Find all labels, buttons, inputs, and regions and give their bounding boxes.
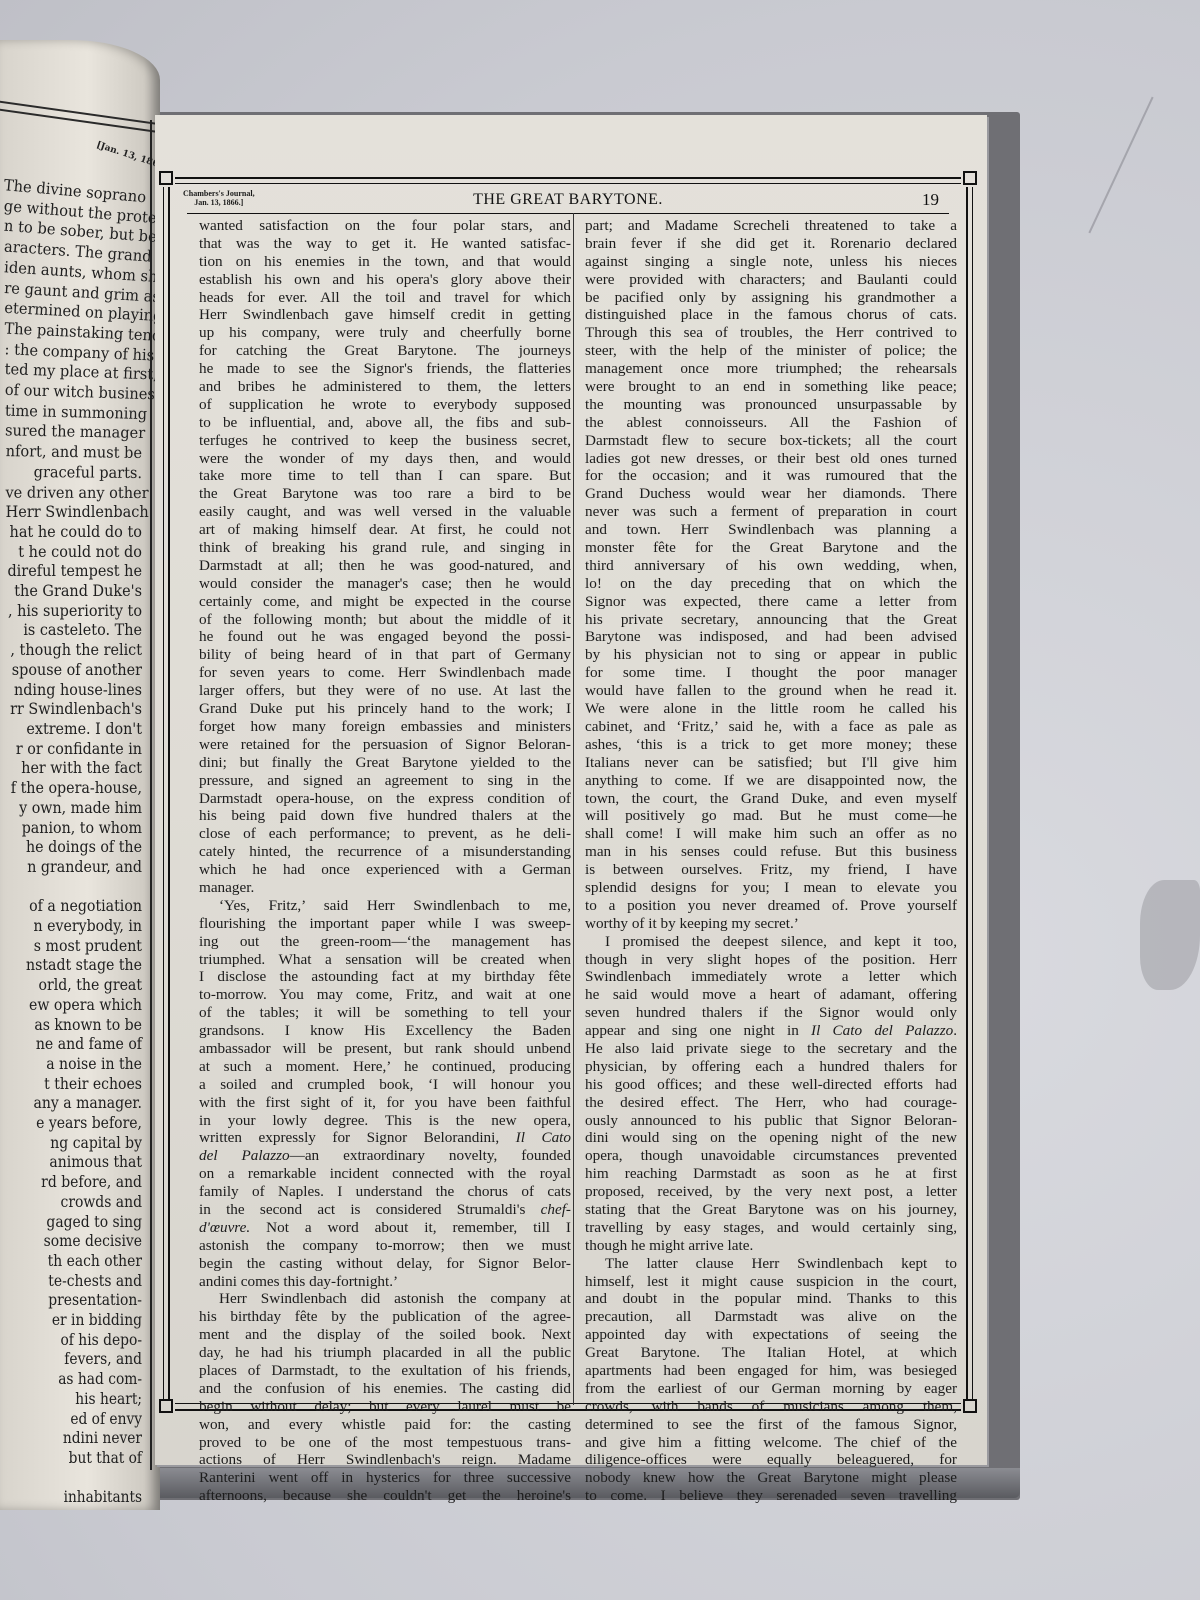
text-line: The latter clause Herr Swindlenbach kept… xyxy=(585,1255,957,1273)
page-number: 19 xyxy=(922,190,939,210)
text-line: the ablest connoisseurs. All the Fashion… xyxy=(585,414,957,432)
left-page-line: the Grand xyxy=(13,1508,142,1510)
left-page-line: s most prudent xyxy=(9,937,142,957)
text-line: wanted satisfaction on the four polar st… xyxy=(199,217,571,235)
text-line: Herr Swindlenbach did astonish the compa… xyxy=(199,1290,571,1308)
text-line: be pacified only by assigning his grandm… xyxy=(585,289,957,307)
left-page-line: n everybody, in xyxy=(9,917,142,937)
text-line: to-morrow. You may come, Fritz, and wait… xyxy=(199,986,571,1004)
left-page-line: sured the manager xyxy=(5,422,142,444)
text-line: him reaching Darmstadt as soon as he at … xyxy=(585,1165,957,1183)
text-line: certainly come, and might be expected in… xyxy=(199,593,571,611)
text-line: were provided with characters; and Baula… xyxy=(585,271,957,289)
ornamental-border: Chambers's Journal, Jan. 13, 1866.] THE … xyxy=(163,177,973,1413)
text-line: and doubt in the popular mind. Thanks to… xyxy=(585,1290,957,1308)
text-line: in the second act is considered Strumald… xyxy=(199,1201,571,1219)
left-page-line: te-chests and xyxy=(11,1272,142,1292)
text-line: would have fallen to the ground when he … xyxy=(585,682,957,700)
left-page-line: rr Swindlenbach's xyxy=(7,700,142,720)
left-page-line: as known to be xyxy=(9,1016,142,1036)
text-line: for seven years to come. Herr Swindlenba… xyxy=(199,664,571,682)
column-divider xyxy=(573,213,574,1405)
text-line: he made to see the Signor's friends, the… xyxy=(199,360,571,378)
text-line: andini comes this day-fortnight.’ xyxy=(199,1273,571,1291)
left-page-line: the Grand Duke's xyxy=(6,582,142,602)
text-line: nobody knew how the Great Barytone might… xyxy=(585,1469,957,1487)
text-line: proposed, received, by the very next pos… xyxy=(585,1183,957,1201)
text-line: take more time to tell than I can spare.… xyxy=(199,467,571,485)
left-page-line: , though the relict xyxy=(7,641,142,661)
text-line: third anniversary of his own wedding, wh… xyxy=(585,557,957,575)
border-right-rule-thick xyxy=(966,187,968,1399)
left-page-line: f the opera-house, xyxy=(8,779,142,799)
text-line: ing out the green-room—‘the management h… xyxy=(199,933,571,951)
left-page-line: of a negotiation xyxy=(9,897,142,917)
text-line: his private secretary, announcing that t… xyxy=(585,611,957,629)
text-line: the Great Barytone was too rare a bird t… xyxy=(199,485,571,503)
left-page-line: t he could not do xyxy=(6,543,142,563)
text-line: family of Naples. I understand the choru… xyxy=(199,1183,571,1201)
text-column-right: part; and Madame Screcheli threatened to… xyxy=(585,217,957,1505)
text-line: We were alone in the little room he call… xyxy=(585,700,957,718)
text-line: manager. xyxy=(199,879,571,897)
text-line: flourishing the important paper while I … xyxy=(199,915,571,933)
text-line: of the following month; but about the mi… xyxy=(199,611,571,629)
text-line: by his physician not to sing or appear i… xyxy=(585,646,957,664)
text-line: written expressly for Signor Belorandini… xyxy=(199,1129,571,1147)
text-line: He also laid private siege to the secret… xyxy=(585,1040,957,1058)
text-line: art of making himself dear. At first, he… xyxy=(199,521,571,539)
left-page-line: rd before, and xyxy=(11,1173,142,1193)
left-page-line: presentation- xyxy=(11,1291,142,1311)
text-line: his good offices; and these well-directe… xyxy=(585,1076,957,1094)
corner-ornament-br xyxy=(963,1399,977,1413)
left-page-line: Herr Swindlenbach xyxy=(6,503,142,523)
left-page-line: a noise in the xyxy=(10,1055,142,1075)
text-line: will positively go mad. But he must come… xyxy=(585,807,957,825)
text-line: ment and the display of the soiled book.… xyxy=(199,1326,571,1344)
background-stain xyxy=(1140,880,1200,990)
text-line: he said would move a heart of adamant, o… xyxy=(585,986,957,1004)
corner-ornament-bl xyxy=(159,1399,173,1413)
text-line: management once more triumphed; the rehe… xyxy=(585,360,957,378)
border-right-rule xyxy=(972,187,973,1399)
text-line: of supplication he wrote to everybody su… xyxy=(199,396,571,414)
left-page-line xyxy=(13,1469,142,1489)
text-line: steer, with the help of the minister of … xyxy=(585,342,957,360)
left-page-line: animous that xyxy=(10,1153,142,1173)
left-page-line: n grandeur, and xyxy=(8,858,142,878)
text-line: on a remarkable incident connected with … xyxy=(199,1165,571,1183)
text-line: proved to be one of the most tempestuous… xyxy=(199,1434,571,1452)
text-line: won, and every whistle paid for: the cas… xyxy=(199,1416,571,1434)
text-line: though he might arrive late. xyxy=(585,1237,957,1255)
left-page-text: The divine sopranoge without the protecn… xyxy=(0,188,156,1510)
text-line: to a position you never dreamed of. Prov… xyxy=(585,897,957,915)
border-left-rule-thick xyxy=(168,187,170,1399)
text-line: cabinet, and ‘Fritz,’ said he, with a fa… xyxy=(585,718,957,736)
left-page-line: nding house-lines xyxy=(7,681,142,701)
text-line: close of each performance; to prevent, a… xyxy=(199,825,571,843)
left-page-line: panion, to whom xyxy=(8,819,142,839)
text-line: ously announced to his public that Signo… xyxy=(585,1112,957,1130)
left-page-line: is casteleto. The xyxy=(7,621,142,641)
text-line: lo! on the day preceding that on which t… xyxy=(585,575,957,593)
left-page-line: graceful parts. xyxy=(5,463,142,484)
left-facing-page: [Jan. 13, 186 The divine sopranoge witho… xyxy=(0,40,160,1510)
text-line: the mounting was pronounced unsurpassabl… xyxy=(585,396,957,414)
text-line: travelling by easy stages, and would cer… xyxy=(585,1219,957,1237)
border-top-rule xyxy=(175,177,961,179)
left-page-line: , his superiority to xyxy=(6,602,142,622)
text-line: anything to come. If we are disappointed… xyxy=(585,772,957,790)
background-scratch xyxy=(1088,97,1153,234)
text-line: cately hinted, the recurrence of a misun… xyxy=(199,843,571,861)
text-column-left: wanted satisfaction on the four polar st… xyxy=(199,217,571,1505)
left-page-line xyxy=(8,878,142,898)
text-line: and bribes he administered to them, the … xyxy=(199,378,571,396)
text-line: think of breaking his grand rule, and si… xyxy=(199,539,571,557)
text-line: part; and Madame Screcheli threatened to… xyxy=(585,217,957,235)
left-page-line: her with the fact xyxy=(8,759,142,779)
text-line: Herr Swindlenbach gave himself credit in… xyxy=(199,306,571,324)
text-line: larger offers, but they were of no use. … xyxy=(199,682,571,700)
text-line: apartments had been engaged for him, was… xyxy=(585,1362,957,1380)
left-page-line: er in bidding xyxy=(12,1311,142,1331)
text-line: Darmstadt opera-house, on the express co… xyxy=(199,790,571,808)
text-line: brain fever if she did get it. Rorenario… xyxy=(585,235,957,253)
text-line: bility of being heard of in that part of… xyxy=(199,646,571,664)
text-line: ambassador will be present, but rank sho… xyxy=(199,1040,571,1058)
text-line: Swindlenbach immediately wrote a letter … xyxy=(585,968,957,986)
left-page-line: ng capital by xyxy=(10,1134,142,1154)
text-line: though in very slight hopes of the posit… xyxy=(585,951,957,969)
text-line: d'œuvre. Not a word about it, remember, … xyxy=(199,1219,571,1237)
corner-ornament-tl xyxy=(159,171,173,185)
text-line: easily caught, and was well versed in th… xyxy=(199,503,571,521)
text-line: up his company, were truly and cheerfull… xyxy=(199,324,571,342)
text-line: that was the way to get it. He wanted sa… xyxy=(199,235,571,253)
text-line: to be influential, and, above all, the f… xyxy=(199,414,571,432)
text-line: Darmstadt at all; then he was good-natur… xyxy=(199,557,571,575)
text-line: his birthday fête by the publication of … xyxy=(199,1308,571,1326)
text-line: with the first sight of it, for you have… xyxy=(199,1094,571,1112)
text-line: I disclose the astounding fact at my bir… xyxy=(199,968,571,986)
left-page-line: e years before, xyxy=(10,1114,142,1134)
left-page-line: nstadt stage the xyxy=(9,956,142,976)
text-line: and town. Herr Swindlenbach was planning… xyxy=(585,521,957,539)
text-line: pressure, and signed an agreement to sin… xyxy=(199,772,571,790)
text-line: at such a moment. Here,’ he continued, p… xyxy=(199,1058,571,1076)
text-line: ladies got new dresses, or their best ol… xyxy=(585,450,957,468)
text-line: were retained for the persuasion of Sign… xyxy=(199,736,571,754)
text-line: Italians never can be satisfied; but I'l… xyxy=(585,754,957,772)
text-line: a soiled and crumpled book, ‘I will hono… xyxy=(199,1076,571,1094)
text-line: grandsons. I know His Excellency the Bad… xyxy=(199,1022,571,1040)
text-line: Grand Duke put his princely hand to the … xyxy=(199,700,571,718)
text-line: against singing a single note, unless hi… xyxy=(585,253,957,271)
text-line: actions of Herr Swindlenbach's reign. Ma… xyxy=(199,1451,571,1469)
text-line: he found out he was engaged beyond the p… xyxy=(199,628,571,646)
left-page-line: his heart; xyxy=(12,1390,142,1410)
text-line: in your lowly degree. This is the new op… xyxy=(199,1112,571,1130)
corner-ornament-tr xyxy=(963,171,977,185)
text-line: for some time. I thought the poor manage… xyxy=(585,664,957,682)
left-page-line: ve driven any other xyxy=(5,483,142,503)
gutter-rule xyxy=(150,120,152,1470)
text-line: Grand Duchess would wear her diamonds. T… xyxy=(585,485,957,503)
text-line: opera, though unavoidable circumstances … xyxy=(585,1147,957,1165)
text-line: which he had once experienced with a Ger… xyxy=(199,861,571,879)
text-line: astonish the company to-morrow; then we … xyxy=(199,1237,571,1255)
text-line: Barytone was indisposed, and had been ad… xyxy=(585,628,957,646)
text-line: appointed day with expectations of seein… xyxy=(585,1326,957,1344)
left-page-line: ndini never xyxy=(12,1429,142,1449)
left-page-line: he doings of the xyxy=(8,838,142,858)
left-page-line: some decisive xyxy=(11,1232,142,1252)
text-line: ‘Yes, Fritz,’ said Herr Swindlenbach to … xyxy=(199,897,571,915)
text-line: day, he had his triumph placarded in all… xyxy=(199,1344,571,1362)
border-top-rule-thin xyxy=(175,183,961,184)
text-line: shall come! I will make him such an offe… xyxy=(585,825,957,843)
left-page-line: fevers, and xyxy=(12,1350,142,1370)
text-line: splendid designs for you; I mean to elev… xyxy=(585,879,957,897)
text-line: Darmstadt flew to secure box-tickets; al… xyxy=(585,432,957,450)
left-page-line: ed of envy xyxy=(12,1410,142,1430)
left-page-line: but that of xyxy=(13,1449,142,1469)
left-page-line: direful tempest he xyxy=(6,562,142,582)
text-line: for catching the Great Barytone. The jou… xyxy=(199,342,571,360)
text-line: places of Darmstadt, to the exultation o… xyxy=(199,1362,571,1380)
text-line: ashes, ‘this is a trick to get more mone… xyxy=(585,736,957,754)
left-page-line: inhabitants xyxy=(13,1488,142,1508)
text-line: dini would sing on the opening night of … xyxy=(585,1129,957,1147)
text-line: the desired effect. The Herr, who had co… xyxy=(585,1094,957,1112)
left-page-line: of his depo- xyxy=(12,1331,142,1351)
left-page-line: crowds and xyxy=(11,1193,142,1213)
text-line: of the tables; it will be something to t… xyxy=(199,1004,571,1022)
left-page-line: th each other xyxy=(11,1252,142,1272)
text-line: dini; but finally the Great Barytone yie… xyxy=(199,754,571,772)
text-line: and the confusion of his enemies. The ca… xyxy=(199,1380,571,1398)
text-line: terfuges he contrived to keep the busine… xyxy=(199,432,571,450)
text-line: Ranterini went off in hysterics for thre… xyxy=(199,1469,571,1487)
text-line: diligence-offices were equally beleaguer… xyxy=(585,1451,957,1469)
left-page-line: spouse of another xyxy=(7,661,142,681)
text-line: town, the court, the Grand Duke, and eve… xyxy=(585,790,957,808)
journal-page: Chambers's Journal, Jan. 13, 1866.] THE … xyxy=(155,115,987,1465)
text-line: monster fête for the Great Barytone and … xyxy=(585,539,957,557)
text-line: I promised the deepest silence, and kept… xyxy=(585,933,957,951)
text-line: would consider the manager's case; then … xyxy=(199,575,571,593)
text-line: heads for ever. All the toil and travel … xyxy=(199,289,571,307)
text-line: his being paid down five hundred thalers… xyxy=(199,807,571,825)
text-line: forget how many foreign embassies and mi… xyxy=(199,718,571,736)
text-line: himself, lest it might cause suspicion i… xyxy=(585,1273,957,1291)
header-underline xyxy=(187,213,949,214)
text-line: crowds, with bands of musicians among th… xyxy=(585,1398,957,1416)
text-line: afternoons, because she couldn't get the… xyxy=(199,1487,571,1505)
text-line: triumphed. What a sensation will be crea… xyxy=(199,951,571,969)
left-page-line: hat he could do to xyxy=(6,523,142,543)
text-line: begin without delay; but every laurel mu… xyxy=(199,1398,571,1416)
text-line: determined to see the first of the famou… xyxy=(585,1416,957,1434)
text-line: and give him a fitting welcome. The chie… xyxy=(585,1434,957,1452)
text-line: were brought to an end in something like… xyxy=(585,378,957,396)
text-line: establish his own and his opera's glory … xyxy=(199,271,571,289)
text-line: precaution, all Darmstadt was alive on t… xyxy=(585,1308,957,1326)
text-line: were the wonder of my days then, and wou… xyxy=(199,450,571,468)
left-page-line: ew opera which xyxy=(9,996,142,1016)
left-page-line: r or confidante in xyxy=(7,740,142,760)
text-line: is between ourselves. Fritz, my friend, … xyxy=(585,861,957,879)
text-line: distinguished place in the famous chorus… xyxy=(585,306,957,324)
running-head: Chambers's Journal, Jan. 13, 1866.] THE … xyxy=(163,189,973,211)
left-page-line: gaged to sing xyxy=(11,1213,142,1233)
left-page-line: as had com- xyxy=(12,1370,142,1390)
text-line: Through this sea of troubles, the Herr c… xyxy=(585,324,957,342)
left-page-line: orld, the great xyxy=(9,976,142,996)
text-line: stating that the Great Barytone was on h… xyxy=(585,1201,957,1219)
text-line: tion on his enemies in the town, and tha… xyxy=(199,253,571,271)
text-line: physician, by offering each a hundred th… xyxy=(585,1058,957,1076)
text-line: never was such a ferment of preparation … xyxy=(585,503,957,521)
text-line: Signor was expected, there came a letter… xyxy=(585,593,957,611)
text-line: man in his senses could refuse. But this… xyxy=(585,843,957,861)
left-page-line: nfort, and must be xyxy=(5,442,142,464)
left-page-line: any a manager. xyxy=(10,1094,142,1114)
left-page-line: ne and fame of xyxy=(10,1035,142,1055)
text-line: to come. I believe they serenaded seven … xyxy=(585,1487,957,1505)
text-line: from the earliest of our German morning … xyxy=(585,1380,957,1398)
left-page-line: y own, made him xyxy=(8,799,142,819)
text-line: for the occasion; and it was rumoured th… xyxy=(585,467,957,485)
article-title: THE GREAT BARYTONE. xyxy=(163,191,973,209)
text-line: worthy of it by keeping my secret.’ xyxy=(585,915,957,933)
left-page-line: extreme. I don't xyxy=(7,720,142,740)
border-left-rule xyxy=(163,187,164,1399)
text-line: begin the casting without delay, for Sig… xyxy=(199,1255,571,1273)
text-line: seven hundred thalers if the Signor woul… xyxy=(585,1004,957,1022)
text-line: Great Barytone. The Italian Hotel, at wh… xyxy=(585,1344,957,1362)
left-page-line: t their echoes xyxy=(10,1075,142,1095)
text-line: del Palazzo—an extraordinary novelty, fo… xyxy=(199,1147,571,1165)
text-line: appear and sing one night in Il Cato del… xyxy=(585,1022,957,1040)
